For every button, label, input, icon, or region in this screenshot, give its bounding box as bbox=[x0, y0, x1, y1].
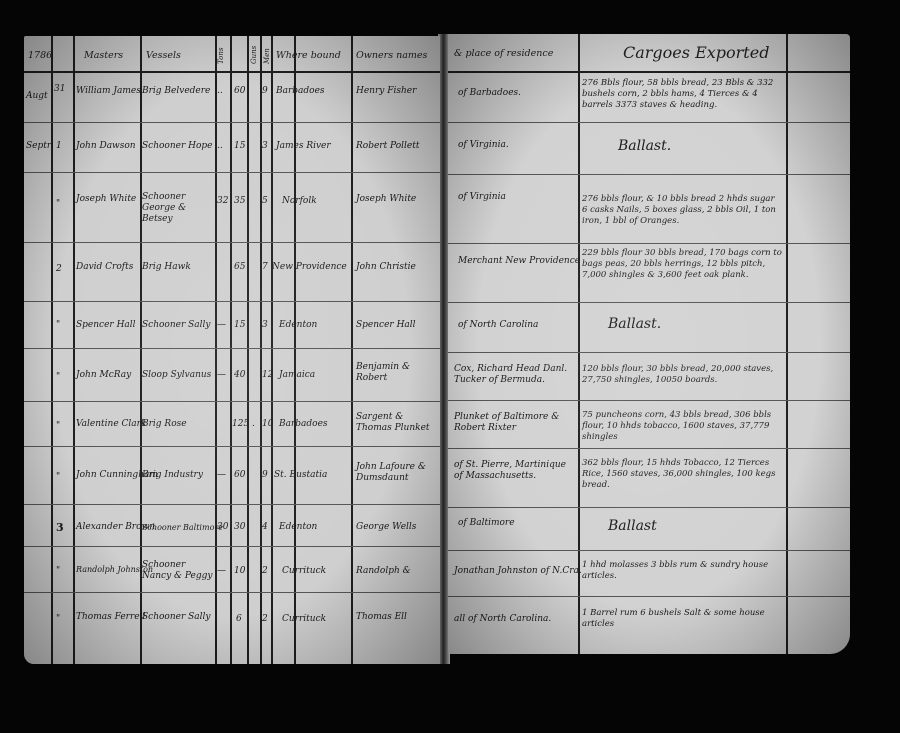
row-cargo: Ballast. bbox=[608, 316, 661, 332]
row-tons: — bbox=[217, 566, 226, 577]
row-owner: George Wells bbox=[356, 522, 416, 533]
row-cargo: 276 bbls flour, & 10 bbls bread 2 hhds s… bbox=[582, 194, 782, 227]
row-residence: of Baltimore bbox=[458, 518, 515, 529]
row-day: 3 bbox=[56, 522, 64, 533]
row-vessel: Schooner Nancy & Peggy bbox=[142, 560, 214, 582]
row-bound: Currituck bbox=[282, 566, 326, 577]
row-master: John Dawson bbox=[76, 141, 136, 152]
row-residence: Plunket of Baltimore & Robert Rixter bbox=[454, 412, 576, 434]
row-bound: New Providence bbox=[272, 262, 347, 273]
row-bound: James River bbox=[276, 141, 331, 152]
row-crew: 5 bbox=[262, 196, 268, 207]
row-crew: 9 bbox=[262, 470, 268, 481]
row-men: 15 bbox=[234, 141, 245, 152]
row-vessel: Schooner Baltimore bbox=[142, 522, 223, 533]
row-cargo: 276 Bbls flour, 58 bbls bread, 23 Bbls &… bbox=[582, 78, 782, 111]
row-owner: Robert Pollett bbox=[356, 141, 420, 152]
row-men: 15 bbox=[234, 320, 245, 331]
row-cargo: 120 bbls flour, 30 bbls bread, 20,000 st… bbox=[582, 364, 782, 386]
right-ledger-page: & place of residence Cargoes Exported of… bbox=[448, 34, 850, 654]
row-owner: John Christie bbox=[356, 262, 416, 273]
row-month: Augt bbox=[26, 91, 48, 102]
row-crew: 2 bbox=[262, 566, 268, 577]
row-bound: St. Eustatia bbox=[274, 470, 327, 481]
row-vessel: Schooner Sally bbox=[142, 320, 211, 331]
header-vessels: Vessels bbox=[146, 50, 181, 61]
row-vessel: Brig Hawk bbox=[142, 262, 191, 273]
row-men: 60 bbox=[234, 470, 245, 481]
row-crew: 3 bbox=[262, 320, 268, 331]
row-crew: 9 bbox=[262, 86, 268, 97]
row-owner: Sargent & Thomas Plunket bbox=[356, 412, 436, 434]
row-master: John McRay bbox=[76, 370, 131, 381]
row-residence: of Virginia. bbox=[458, 140, 509, 151]
row-cargo: 229 bbls flour 30 bbls bread, 170 bags c… bbox=[582, 248, 782, 281]
row-day: " bbox=[56, 421, 60, 432]
row-residence: of St. Pierre, Martinique of Massachuset… bbox=[454, 460, 576, 482]
row-residence: Merchant New Providence bbox=[458, 256, 580, 267]
row-vessel: Schooner George & Betsey bbox=[142, 192, 214, 225]
row-bound: Barbadoes bbox=[276, 86, 325, 97]
row-master: David Crofts bbox=[76, 262, 133, 273]
row-men: 30 bbox=[234, 522, 245, 533]
row-men: 40 bbox=[234, 370, 245, 381]
row-men: 125 bbox=[232, 419, 249, 430]
header-tons: Tons bbox=[216, 48, 227, 64]
row-bound: Currituck bbox=[282, 614, 326, 625]
row-residence: of Barbadoes. bbox=[458, 88, 521, 99]
row-owner: Henry Fisher bbox=[356, 86, 416, 97]
row-bound: Barbadoes bbox=[279, 419, 328, 430]
row-bound: Norfolk bbox=[282, 196, 317, 207]
row-bound: Edenton bbox=[279, 522, 317, 533]
row-tons: — bbox=[217, 470, 226, 481]
row-crew: 12 bbox=[262, 370, 273, 381]
row-residence: of North Carolina bbox=[458, 320, 538, 331]
row-vessel: Brig Industry bbox=[142, 470, 203, 481]
row-vessel: Schooner Sally bbox=[142, 612, 211, 623]
row-cargo: 1 Barrel rum 6 bushels Salt & some house… bbox=[582, 608, 782, 630]
row-residence: Cox, Richard Head Danl. Tucker of Bermud… bbox=[454, 364, 576, 386]
row-day: " bbox=[56, 372, 60, 383]
row-owner: Benjamin & Robert bbox=[356, 362, 436, 384]
header-year: 1786 bbox=[28, 50, 52, 61]
header-owners-names: Owners names bbox=[356, 50, 427, 61]
row-tons: — bbox=[217, 370, 226, 381]
row-day: " bbox=[56, 320, 60, 331]
row-men: 60 bbox=[234, 86, 245, 97]
row-guns: . bbox=[252, 419, 255, 430]
header-where-bound: Where bound bbox=[276, 50, 341, 61]
row-day: 1 bbox=[56, 141, 62, 152]
row-tons: — bbox=[217, 320, 226, 331]
row-vessel: Brig Rose bbox=[142, 419, 187, 430]
row-day: " bbox=[56, 614, 60, 625]
row-crew: 2 bbox=[262, 614, 268, 625]
row-cargo: 362 bbls flour, 15 hhds Tobacco, 12 Tier… bbox=[582, 458, 782, 491]
row-cargo: Ballast bbox=[608, 518, 657, 534]
left-ledger-page: 1786 Masters Vessels Tons Guns Men Where… bbox=[24, 36, 440, 664]
row-cargo: Ballast. bbox=[618, 138, 671, 154]
header-place-residence: & place of residence bbox=[454, 48, 553, 59]
row-men: 35 bbox=[234, 196, 245, 207]
row-cargo: 1 hhd molasses 3 bbls rum & sundry house… bbox=[582, 560, 782, 582]
row-master: William James bbox=[76, 86, 141, 97]
row-vessel: Brig Belvedere bbox=[142, 86, 210, 97]
row-residence: all of North Carolina. bbox=[454, 614, 551, 625]
row-men: 10 bbox=[234, 566, 245, 577]
row-owner: Joseph White bbox=[356, 194, 416, 205]
row-master: Joseph White bbox=[76, 194, 136, 205]
row-owner: Spencer Hall bbox=[356, 320, 416, 331]
row-crew: 3 bbox=[262, 141, 268, 152]
row-men: 6 bbox=[236, 614, 242, 625]
row-day: 31 bbox=[54, 84, 65, 95]
header-masters: Masters bbox=[84, 50, 123, 61]
row-master: Thomas Ferrell bbox=[76, 612, 145, 623]
row-vessel: Schooner Hope bbox=[142, 141, 212, 152]
row-residence: of Virginia bbox=[458, 192, 506, 203]
row-owner: John Lafoure & Dumsdaunt bbox=[356, 462, 436, 484]
row-day: " bbox=[56, 472, 60, 483]
row-tons: 30 bbox=[217, 522, 228, 533]
header-men: Men bbox=[262, 48, 273, 64]
row-day: " bbox=[56, 199, 60, 210]
row-tons: 32 bbox=[217, 196, 228, 207]
row-residence: Jonathan Johnston of N.Cra. bbox=[454, 566, 582, 577]
row-crew: 4 bbox=[262, 522, 268, 533]
row-bound: Edenton bbox=[279, 320, 317, 331]
row-master: Valentine Clark bbox=[76, 419, 146, 430]
row-owner: Thomas Ell bbox=[356, 612, 407, 623]
header-guns: Guns bbox=[249, 46, 260, 64]
row-tons: .. bbox=[217, 141, 223, 152]
row-vessel: Sloop Sylvanus bbox=[142, 370, 211, 381]
row-bound: Jamaica bbox=[279, 370, 315, 381]
row-men: 65 bbox=[234, 262, 245, 273]
row-crew: 7 bbox=[262, 262, 268, 273]
row-owner: Randolph & bbox=[356, 566, 411, 577]
row-tons: .. bbox=[217, 86, 223, 97]
row-crew: 10 bbox=[262, 419, 273, 430]
row-month: Septr bbox=[26, 141, 51, 152]
row-day: 2 bbox=[56, 264, 62, 275]
header-cargoes-exported: Cargoes Exported bbox=[623, 44, 769, 62]
row-cargo: 75 puncheons corn, 43 bbls bread, 306 bb… bbox=[582, 410, 782, 443]
row-day: " bbox=[56, 566, 60, 577]
row-master: Spencer Hall bbox=[76, 320, 136, 331]
